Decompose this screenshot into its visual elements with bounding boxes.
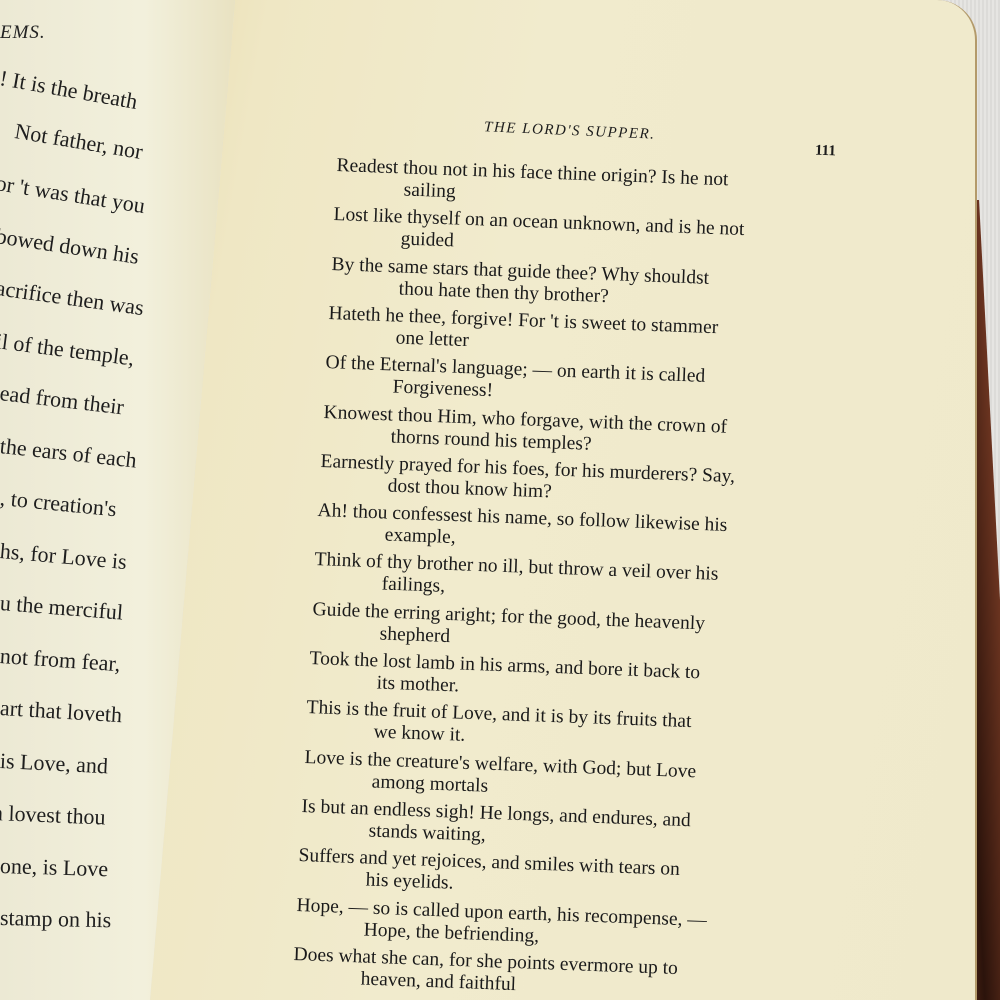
left-page-line: , to creation's xyxy=(0,485,118,522)
left-page-line: n lovest thou xyxy=(0,800,106,831)
left-page-line: bowed down his xyxy=(0,223,141,270)
left-page-line: is Love, and xyxy=(0,748,109,779)
left-page-line: one, is Love xyxy=(0,853,109,882)
page-number: 111 xyxy=(815,143,836,161)
left-page-line: ! It is the breath xyxy=(0,65,139,115)
left-page-line: ead from their xyxy=(0,380,125,420)
left-page-line: hs, for Love is xyxy=(0,538,128,575)
left-running-head: EMS. xyxy=(0,22,46,44)
left-page-line: acrifice then was xyxy=(0,275,145,321)
left-page-line: u the merciful xyxy=(0,590,124,626)
book-photo: EMS. ! It is the breathNot father, noror… xyxy=(0,0,1000,1000)
left-page-line: il of the temple, xyxy=(0,328,136,371)
left-page-line: not from fear, xyxy=(0,643,121,677)
left-page-line: stamp on his xyxy=(0,905,111,933)
left-page-line: Not father, nor xyxy=(13,118,145,165)
left-page-line: or 't was that you xyxy=(0,170,147,219)
left-page-line: art that loveth xyxy=(0,695,123,728)
left-page-line: the ears of each xyxy=(0,433,138,474)
